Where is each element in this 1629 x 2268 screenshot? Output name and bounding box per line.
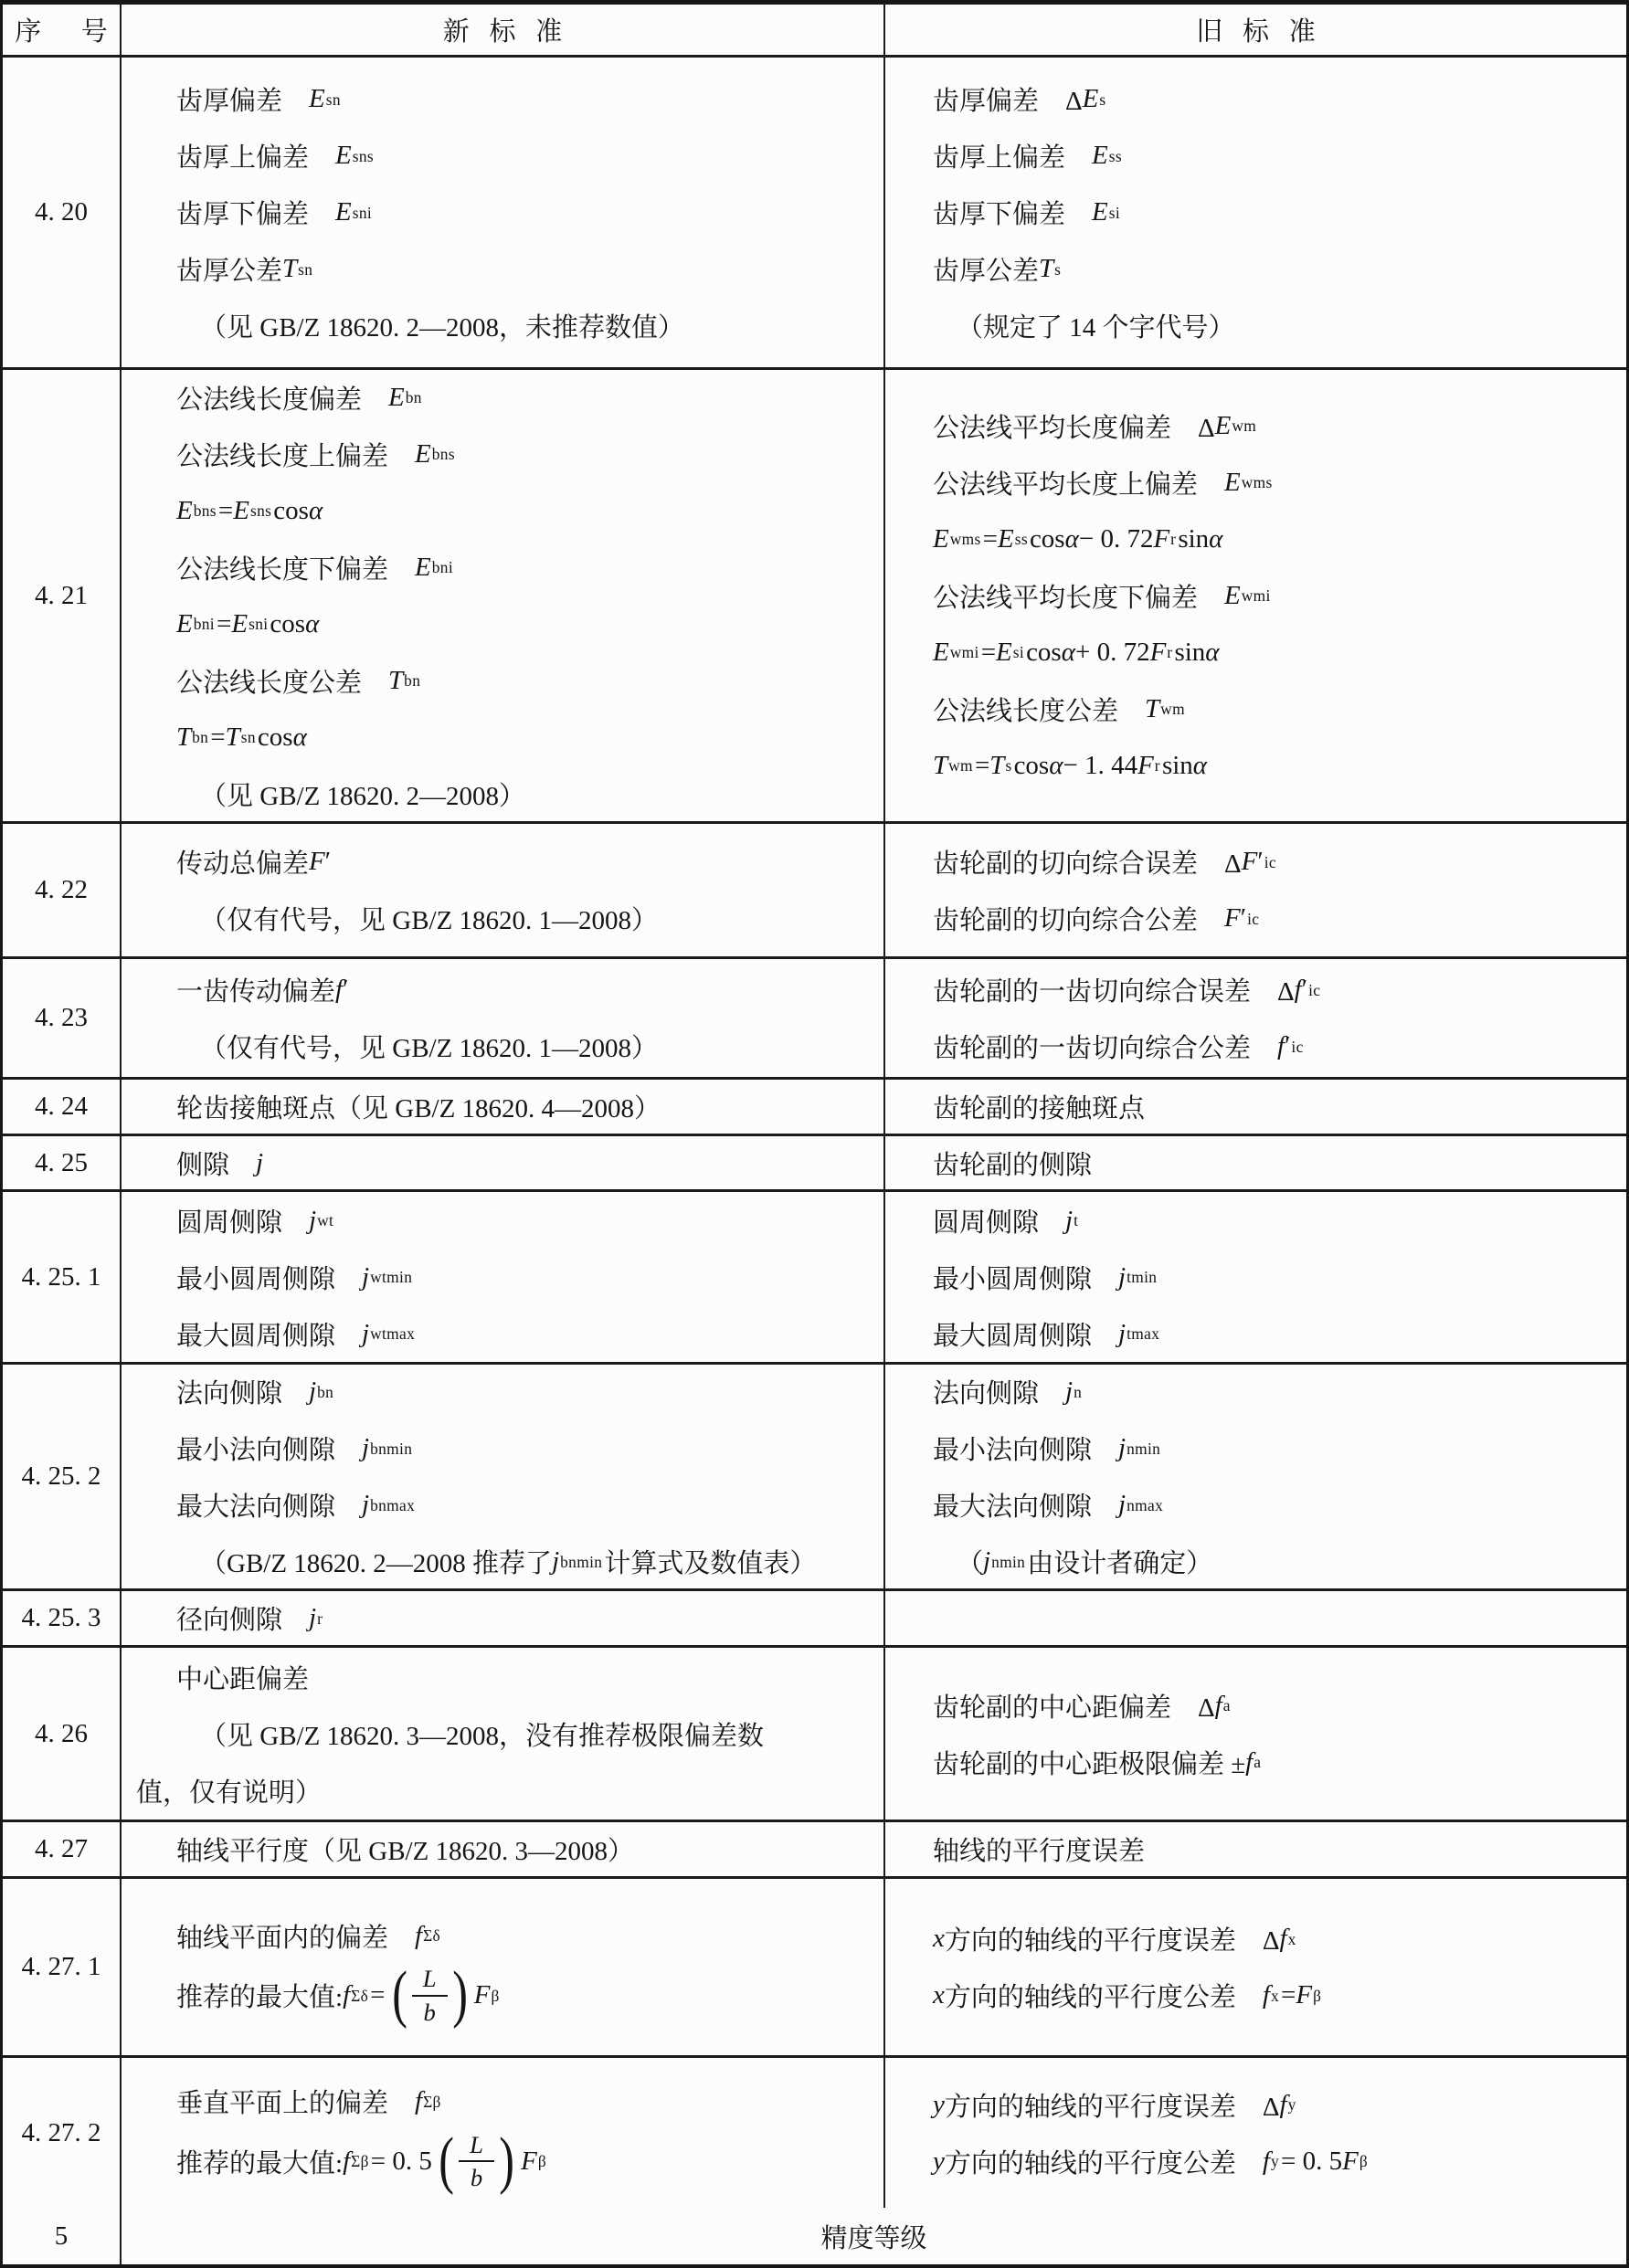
new-standard-cell: 轴线平行度（见 GB/Z 18620. 3—2008） <box>122 1822 885 1876</box>
cell-line: 齿轮副的接触斑点 <box>933 1080 1617 1134</box>
cell-line: 最大法向侧隙 jbnmax <box>176 1477 874 1534</box>
cell-line: 齿轮副的切向综合误差 ΔF′ic <box>933 834 1617 891</box>
cell-line: 公法线长度下偏差 Ebni <box>176 539 874 596</box>
cell-line: 最大法向侧隙 jnmax <box>933 1477 1617 1534</box>
cell-line: 最小圆周侧隙 jwtmin <box>176 1249 874 1305</box>
row-serial-cell: 4. 25. 2 <box>3 1365 122 1588</box>
old-standard-header-label: 旧标准 <box>1196 11 1335 48</box>
table-header-row: 序号 新标准 旧标准 <box>3 5 1626 58</box>
cell-line: 轴线平面内的偏差 fΣδ <box>176 1907 874 1964</box>
new-standard-cell: 径向侧隙 jr <box>122 1591 885 1645</box>
cell-line: （仅有代号，见 GB/Z 18620. 1—2008） <box>200 1018 874 1075</box>
old-standard-cell <box>885 1591 1626 1645</box>
old-standard-cell: 公法线平均长度偏差 ΔEwm公法线平均长度上偏差 EwmsEwms = Essc… <box>885 370 1626 821</box>
table-row: 4. 25侧隙 j齿轮副的侧隙 <box>3 1136 1626 1192</box>
row-serial-cell: 4. 27. 2 <box>3 2058 122 2208</box>
row-serial-cell: 4. 21 <box>3 370 122 821</box>
cell-line: 圆周侧隙 jwt <box>176 1192 874 1249</box>
row-serial-cell: 4. 25. 1 <box>3 1192 122 1362</box>
cell-line: Twm = Tscosα − 1. 44 Frsinα <box>933 737 1617 794</box>
cell-line: 齿厚上偏差 Esns <box>176 128 874 185</box>
table-row: 4. 20齿厚偏差 Esn齿厚上偏差 Esns齿厚下偏差 Esni齿厚公差 Ts… <box>3 58 1626 370</box>
new-standard-cell: 一齿传动偏差 f′（仅有代号，见 GB/Z 18620. 1—2008） <box>122 959 885 1077</box>
cell-line: 最小圆周侧隙 jtmin <box>933 1249 1617 1305</box>
new-standard-cell: 轮齿接触斑点（见 GB/Z 18620. 4—2008） <box>122 1080 885 1134</box>
row-serial-cell: 4. 25. 3 <box>3 1591 122 1645</box>
new-standard-cell: 垂直平面上的偏差 fΣβ推荐的最大值: fΣβ = 0. 5(Lb)Fβ <box>122 2058 885 2208</box>
old-standard-cell: 轴线的平行度误差 <box>885 1822 1626 1876</box>
cell-line: 法向侧隙 jbn <box>176 1365 874 1420</box>
cell-line: Ewms = Esscosα − 0. 72Frsinα <box>933 511 1617 567</box>
cell-line: 最大圆周侧隙 jtmax <box>933 1305 1617 1362</box>
row-serial-cell: 4. 25 <box>3 1136 122 1189</box>
cell-line: （GB/Z 18620. 2—2008 推荐了 jbnmin计算式及数值表） <box>200 1534 874 1589</box>
cell-line: x 方向的轴线的平行度公差 fx = Fβ <box>933 1967 1617 2024</box>
cell-line: 公法线平均长度下偏差 Ewmi <box>933 567 1617 624</box>
cell-line: 值，仅有说明） <box>136 1762 874 1819</box>
cell-line: 齿厚下偏差 Esi <box>933 185 1617 241</box>
row-serial-cell: 4. 20 <box>3 58 122 367</box>
cell-line: Ebns = Esnscosα <box>176 482 874 539</box>
cell-line: 推荐的最大值: fΣδ = (Lb)Fβ <box>176 1964 874 2026</box>
cell-line: 公法线长度上偏差 Ebns <box>176 426 874 482</box>
old-standard-cell: 齿轮副的侧隙 <box>885 1136 1626 1189</box>
row-serial-cell: 4. 26 <box>3 1648 122 1820</box>
cell-line: 齿轮副的一齿切向综合公差 f′ic <box>933 1018 1617 1075</box>
table-row: 4. 22传动总偏差 F′（仅有代号，见 GB/Z 18620. 1—2008）… <box>3 824 1626 959</box>
cell-line: Tbn = Tsncosα <box>176 709 874 765</box>
cell-line: 齿厚偏差 Esn <box>176 71 874 128</box>
cell-line: 轮齿接触斑点（见 GB/Z 18620. 4—2008） <box>176 1080 874 1134</box>
cell-line: 径向侧隙 jr <box>176 1591 874 1645</box>
cell-line: 齿厚偏差 ΔEs <box>933 71 1617 128</box>
table-body: 4. 20齿厚偏差 Esn齿厚上偏差 Esns齿厚下偏差 Esni齿厚公差 Ts… <box>3 58 1626 2208</box>
cell-line: 最大圆周侧隙 jwtmax <box>176 1305 874 1362</box>
new-standard-cell: 传动总偏差 F′（仅有代号，见 GB/Z 18620. 1—2008） <box>122 824 885 956</box>
new-standard-header-cell: 新标准 <box>122 5 885 55</box>
footer-title-cell: 精度等级 <box>122 2208 1626 2265</box>
row-serial-cell: 4. 23 <box>3 959 122 1077</box>
cell-line: 圆周侧隙 jt <box>933 1192 1617 1249</box>
table-row: 4. 27轴线平行度（见 GB/Z 18620. 3—2008）轴线的平行度误差 <box>3 1822 1626 1879</box>
cell-line: 传动总偏差 F′ <box>176 834 874 891</box>
old-standard-header-cell: 旧标准 <box>885 5 1626 55</box>
cell-line: 齿厚下偏差 Esni <box>176 185 874 241</box>
cell-line: 侧隙 j <box>176 1136 874 1189</box>
old-standard-cell: 圆周侧隙 jt最小圆周侧隙 jtmin最大圆周侧隙 jtmax <box>885 1192 1626 1362</box>
new-standard-header-label: 新标准 <box>443 11 582 48</box>
row-serial-cell: 4. 27. 1 <box>3 1879 122 2055</box>
comparison-table: 序号 新标准 旧标准 4. 20齿厚偏差 Esn齿厚上偏差 Esns齿厚下偏差 … <box>0 0 1629 2268</box>
cell-line: 最小法向侧隙 jbnmin <box>176 1420 874 1477</box>
serial-header-cell: 序号 <box>3 5 122 55</box>
old-standard-cell: 法向侧隙 jn最小法向侧隙 jnmin最大法向侧隙 jnmax（jnmin由设计… <box>885 1365 1626 1588</box>
cell-line: Ebni = Esnicosα <box>176 596 874 652</box>
new-standard-cell: 齿厚偏差 Esn齿厚上偏差 Esns齿厚下偏差 Esni齿厚公差 Tsn（见 G… <box>122 58 885 367</box>
cell-line: （见 GB/Z 18620. 2—2008，未推荐数值） <box>200 298 874 354</box>
cell-line: 垂直平面上的偏差 fΣβ <box>176 2073 874 2130</box>
table-row: 4. 27. 1轴线平面内的偏差 fΣδ推荐的最大值: fΣδ = (Lb)Fβ… <box>3 1879 1626 2058</box>
new-standard-cell: 轴线平面内的偏差 fΣδ推荐的最大值: fΣδ = (Lb)Fβ <box>122 1879 885 2055</box>
cell-line: 公法线长度偏差 Ebn <box>176 370 874 426</box>
table-row: 4. 21公法线长度偏差 Ebn公法线长度上偏差 EbnsEbns = Esns… <box>3 370 1626 824</box>
footer-serial-cell: 5 <box>3 2208 122 2265</box>
cell-line: 齿轮副的中心距极限偏差 ± fa <box>933 1734 1617 1790</box>
table-row: 4. 25. 3径向侧隙 jr <box>3 1591 1626 1648</box>
new-standard-cell: 圆周侧隙 jwt最小圆周侧隙 jwtmin最大圆周侧隙 jwtmax <box>122 1192 885 1362</box>
row-serial-cell: 4. 24 <box>3 1080 122 1134</box>
cell-line: 齿厚公差 Ts <box>933 241 1617 298</box>
cell-line: （规定了 14 个字代号） <box>957 298 1617 354</box>
old-standard-cell: 齿轮副的切向综合误差 ΔF′ic齿轮副的切向综合公差 F′ic <box>885 824 1626 956</box>
new-standard-cell: 法向侧隙 jbn最小法向侧隙 jbnmin最大法向侧隙 jbnmax（GB/Z … <box>122 1365 885 1588</box>
row-serial-cell: 4. 22 <box>3 824 122 956</box>
cell-line: 公法线平均长度上偏差 Ewms <box>933 454 1617 511</box>
cell-line: 公法线长度公差 Twm <box>933 680 1617 737</box>
document-page: 序号 新标准 旧标准 4. 20齿厚偏差 Esn齿厚上偏差 Esns齿厚下偏差 … <box>0 0 1629 2268</box>
table-row: 4. 25. 1圆周侧隙 jwt最小圆周侧隙 jwtmin最大圆周侧隙 jwtm… <box>3 1192 1626 1365</box>
footer-row: 5 精度等级 <box>3 2208 1626 2265</box>
cell-line: 齿轮副的侧隙 <box>933 1136 1617 1189</box>
table-row: 4. 27. 2垂直平面上的偏差 fΣβ推荐的最大值: fΣβ = 0. 5(L… <box>3 2058 1626 2208</box>
cell-line: Ewmi = Esicosα + 0. 72Frsinα <box>933 624 1617 680</box>
cell-line: 齿轮副的切向综合公差 F′ic <box>933 891 1617 947</box>
cell-line: （见 GB/Z 18620. 2—2008） <box>200 765 874 821</box>
cell-line: 齿厚公差 Tsn <box>176 241 874 298</box>
cell-line: 公法线长度公差 Tbn <box>176 652 874 709</box>
table-row: 4. 25. 2法向侧隙 jbn最小法向侧隙 jbnmin最大法向侧隙 jbnm… <box>3 1365 1626 1591</box>
cell-line: 齿轮副的一齿切向综合误差 Δf′ic <box>933 962 1617 1018</box>
old-standard-cell: 齿轮副的一齿切向综合误差 Δf′ic齿轮副的一齿切向综合公差 f′ic <box>885 959 1626 1077</box>
new-standard-cell: 公法线长度偏差 Ebn公法线长度上偏差 EbnsEbns = Esnscosα公… <box>122 370 885 821</box>
new-standard-cell: 侧隙 j <box>122 1136 885 1189</box>
old-standard-cell: x 方向的轴线的平行度误差 Δfxx 方向的轴线的平行度公差 fx = Fβ <box>885 1879 1626 2055</box>
cell-line: 齿厚上偏差 Ess <box>933 128 1617 185</box>
cell-line: 法向侧隙 jn <box>933 1365 1617 1420</box>
old-standard-cell: 齿轮副的接触斑点 <box>885 1080 1626 1134</box>
cell-line: y 方向的轴线的平行度误差 Δfy <box>933 2076 1617 2133</box>
old-standard-cell: 齿轮副的中心距偏差 Δfa齿轮副的中心距极限偏差 ± fa <box>885 1648 1626 1820</box>
table-row: 4. 26中心距偏差（见 GB/Z 18620. 3—2008，没有推荐极限偏差… <box>3 1648 1626 1822</box>
cell-line: x 方向的轴线的平行度误差 Δfx <box>933 1911 1617 1967</box>
cell-line: 最小法向侧隙 jnmin <box>933 1420 1617 1477</box>
cell-line: （仅有代号，见 GB/Z 18620. 1—2008） <box>200 891 874 947</box>
cell-line: 一齿传动偏差 f′ <box>176 962 874 1018</box>
cell-line: 推荐的最大值: fΣβ = 0. 5(Lb)Fβ <box>176 2130 874 2192</box>
old-standard-cell: 齿厚偏差 ΔEs齿厚上偏差 Ess齿厚下偏差 Esi齿厚公差 Ts（规定了 14… <box>885 58 1626 367</box>
cell-line: （见 GB/Z 18620. 3—2008，没有推荐极限偏差数 <box>200 1705 874 1762</box>
row-serial-cell: 4. 27 <box>3 1822 122 1876</box>
cell-line: 中心距偏差 <box>176 1649 874 1705</box>
new-standard-cell: 中心距偏差（见 GB/Z 18620. 3—2008，没有推荐极限偏差数值，仅有… <box>122 1648 885 1820</box>
cell-line: 轴线平行度（见 GB/Z 18620. 3—2008） <box>176 1822 874 1876</box>
cell-line: （jnmin由设计者确定） <box>957 1534 1617 1589</box>
table-row: 4. 24轮齿接触斑点（见 GB/Z 18620. 4—2008）齿轮副的接触斑… <box>3 1080 1626 1136</box>
table-row: 4. 23一齿传动偏差 f′（仅有代号，见 GB/Z 18620. 1—2008… <box>3 959 1626 1080</box>
cell-line: 轴线的平行度误差 <box>933 1822 1617 1876</box>
cell-line: 公法线平均长度偏差 ΔEwm <box>933 397 1617 454</box>
old-standard-cell: y 方向的轴线的平行度误差 Δfyy 方向的轴线的平行度公差 fy = 0. 5… <box>885 2058 1626 2208</box>
cell-line: 齿轮副的中心距偏差 Δfa <box>933 1677 1617 1734</box>
cell-line: y 方向的轴线的平行度公差 fy = 0. 5Fβ <box>933 2133 1617 2189</box>
